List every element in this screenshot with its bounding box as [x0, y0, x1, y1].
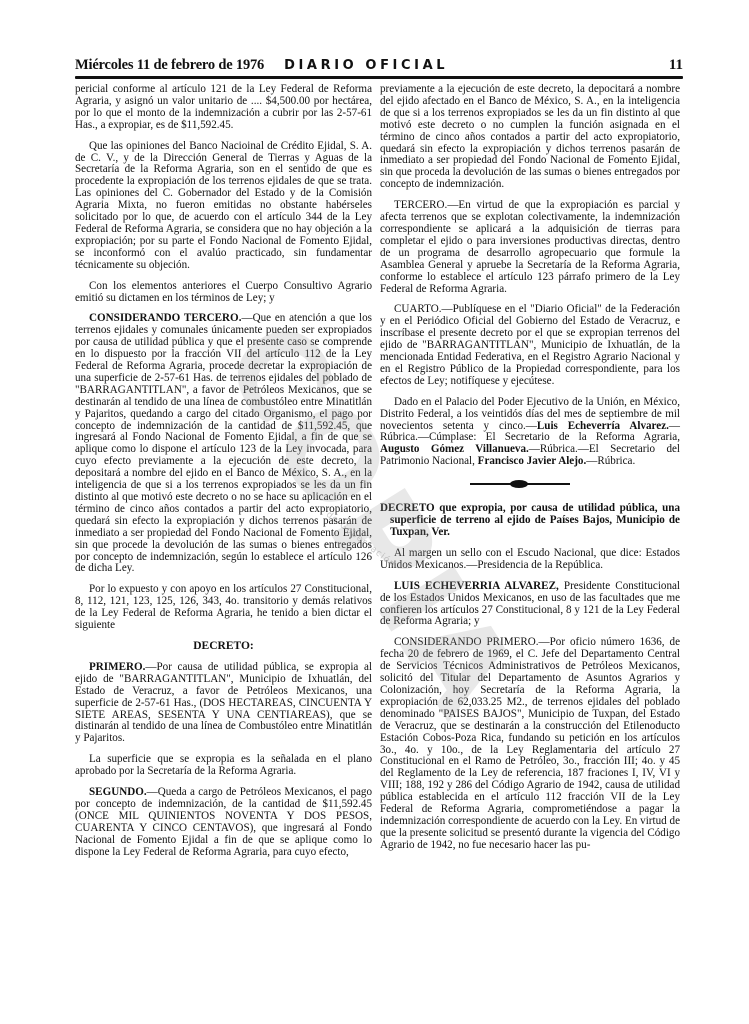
section-lead: LUIS ECHEVERRIA ALVAREZ, [394, 580, 559, 592]
decree-heading: DECRETO: [75, 641, 372, 653]
issue-date: Miércoles 11 de febrero de 1976 [75, 57, 264, 74]
page-number: 11 [669, 57, 683, 74]
signatory-name: Francisco Javier Alejo. [478, 455, 587, 467]
signature-paragraph: Dado en el Palacio del Poder Ejecutivo d… [380, 397, 680, 468]
paragraph: Que las opiniones del Banco Nacioinal de… [75, 141, 372, 272]
paragraph-text: —Que en atención a que los terrenos ejid… [75, 312, 372, 574]
paragraph: Con los elementos anteriores el Cuerpo C… [75, 281, 372, 305]
paragraph: PRIMERO.—Por causa de utilidad pública, … [75, 662, 372, 745]
right-column: previamente a la ejecución de este decre… [380, 84, 680, 852]
paragraph: LUIS ECHEVERRIA ALVAREZ, Presidente Cons… [380, 581, 680, 629]
paragraph: pericial conforme al artículo 121 de la … [75, 84, 372, 132]
paragraph-text: —Por causa de utilidad pública, se expro… [75, 661, 372, 744]
section-lead: PRIMERO. [89, 661, 145, 673]
paragraph: previamente a la ejecución de este decre… [380, 84, 680, 191]
header-rule [75, 76, 683, 79]
signatory-name: Luis Echeverría Alvarez. [537, 420, 669, 432]
paragraph: CONSIDERANDO PRIMERO.—Por oficio número … [380, 637, 680, 851]
section-lead: TERCERO. [394, 199, 447, 211]
paragraph-text: —Por oficio número 1636, de fecha 20 de … [380, 636, 680, 850]
section-lead: CONSIDERANDO PRIMERO. [394, 636, 539, 648]
paragraph: TERCERO.—En virtud de que la expropiació… [380, 200, 680, 295]
section-lead: SEGUNDO. [89, 786, 147, 798]
divider-ornament [510, 480, 528, 488]
paragraph: Por lo expuesto y con apoyo en los artíc… [75, 584, 372, 632]
paragraph: CONSIDERANDO TERCERO.—Que en atención a … [75, 313, 372, 575]
masthead-title: DIARIO OFICIAL [284, 58, 448, 73]
signatory-name: Augusto Gómez Villanueva. [380, 443, 529, 455]
decree-title: DECRETO que expropia, por causa de utili… [380, 503, 680, 539]
paragraph-text: —En virtud de que la expropiación es par… [380, 199, 680, 294]
paragraph: CUARTO.—Publíquese en el "Diario Oficial… [380, 304, 680, 387]
paragraph-text: —Rúbrica. [586, 455, 635, 467]
section-lead: CONSIDERANDO TERCERO. [89, 312, 241, 324]
left-column: pericial conforme al artículo 121 de la … [75, 84, 372, 858]
paragraph: Al margen un sello con el Escudo Naciona… [380, 548, 680, 572]
paragraph: La superficie que se expropia es la seña… [75, 754, 372, 778]
paragraph-text: —Publíquese en el "Diario Oficial" de la… [380, 303, 680, 386]
section-divider [380, 477, 680, 491]
section-lead: CUARTO. [394, 303, 442, 315]
page-header: Miércoles 11 de febrero de 1976 DIARIO O… [75, 57, 683, 77]
paragraph: SEGUNDO.—Queda a cargo de Petróleos Mexi… [75, 787, 372, 858]
